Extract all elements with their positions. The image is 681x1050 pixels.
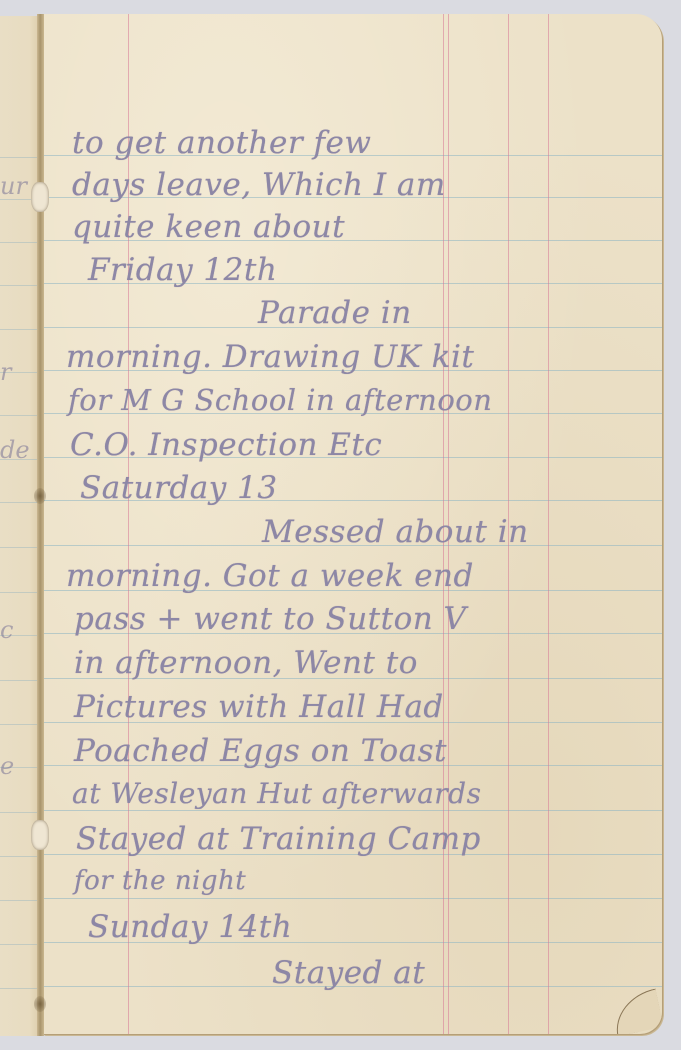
handwritten-line: C.O. Inspection Etc (70, 430, 382, 461)
handwritten-line: for the night (74, 868, 246, 894)
ruled-line (0, 944, 42, 945)
staple-hole (31, 182, 49, 212)
date-heading-saturday: Saturday 13 (80, 473, 278, 504)
handwritten-line: Stayed at Training Camp (76, 824, 481, 855)
handwritten-line: morning. Got a week end (66, 561, 474, 592)
folded-corner (609, 989, 662, 1034)
handwritten-line: Parade in (258, 298, 412, 329)
left-page-text-fragment: de (0, 436, 30, 464)
handwritten-line: Messed about in (262, 517, 529, 548)
left-page-text-fragment: c (0, 616, 13, 644)
ruled-line (0, 329, 42, 330)
binding-stain (34, 488, 46, 504)
ruled-line (0, 856, 42, 857)
left-page-text-fragment: ur (0, 172, 27, 200)
ruled-line (0, 157, 42, 158)
ruled-line (0, 812, 42, 813)
handwritten-line: days leave, Which I am (72, 170, 446, 201)
staple-hole (31, 820, 49, 850)
handwritten-line: to get another few (72, 128, 371, 159)
ruled-line (0, 242, 42, 243)
ruled-line (0, 547, 42, 548)
ruled-line (0, 592, 42, 593)
handwritten-line: Poached Eggs on Toast (74, 736, 447, 767)
handwritten-line: for M G School in afternoon (68, 386, 492, 415)
handwritten-line: at Wesleyan Hut afterwards (72, 780, 481, 808)
handwritten-line: in afternoon, Went to (74, 648, 418, 679)
binding-gutter (37, 14, 44, 1036)
ruled-line (42, 810, 662, 811)
handwritten-line: Stayed at (272, 958, 425, 989)
date-heading-friday: Friday 12th (88, 255, 277, 286)
left-page-text-fragment: e (0, 752, 14, 780)
ruled-line (0, 988, 42, 989)
handwritten-line: morning. Drawing UK kit (66, 342, 474, 373)
ruled-line (0, 900, 42, 901)
ruled-line (0, 680, 42, 681)
left-page-text-fragment: r (0, 358, 11, 386)
left-page-fragment: ur r de c e (0, 16, 42, 1036)
date-heading-sunday: Sunday 14th (88, 912, 292, 943)
handwritten-line: Pictures with Hall Had (74, 692, 444, 723)
ruled-line (42, 898, 662, 899)
ruled-line (0, 415, 42, 416)
scanned-notebook-spread: ur r de c e (0, 0, 681, 1050)
ruled-line (0, 724, 42, 725)
ruled-line (0, 285, 42, 286)
handwritten-line: quite keen about (72, 212, 345, 243)
margin-line (548, 14, 549, 1034)
handwritten-line: pass + went to Sutton V (74, 604, 466, 635)
binding-stain (34, 996, 46, 1012)
